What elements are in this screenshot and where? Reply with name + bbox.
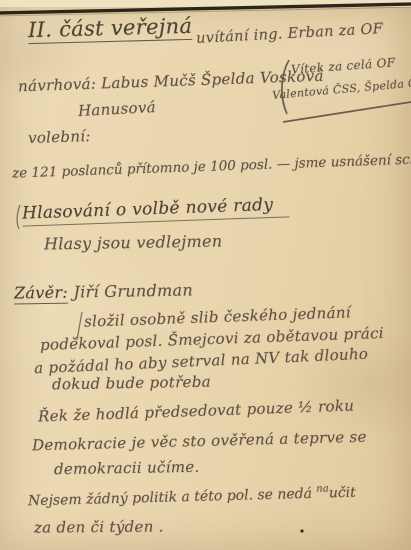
paper-top-edge-strip	[0, 0, 411, 7]
section-title-line: II. část veřejná	[28, 14, 193, 42]
ink-dot	[300, 529, 303, 532]
closing-line-6: Demokracie je věc sto ověřená a teprve s…	[32, 428, 367, 455]
section-title: II. část veřejná	[28, 14, 193, 44]
committee-member-extra: Hanusová	[78, 98, 157, 120]
closing-line-8: Nejsem žádný politik a této pol. se nedá…	[28, 485, 356, 510]
voting-subline: Hlasy jsou vedlejmen	[44, 231, 223, 253]
scanned-notes-page: II. část veřejná uvítání ing. Erban za O…	[0, 0, 411, 550]
closing-line-9: za den či týden .	[34, 517, 164, 536]
closing-line-8-pre: Nejsem žádný politik a této pol. se nedá	[28, 486, 317, 510]
closing-line-7: demokracii učíme.	[54, 458, 200, 479]
zaver-speaker: Jiří Grundman	[68, 280, 193, 301]
closing-line-8-post: učit	[329, 485, 356, 502]
quorum-line: ze 121 poslanců přítomno je 100 posl. — …	[12, 150, 411, 181]
voting-heading-line: Hlasování o volbě nové rady	[22, 194, 290, 223]
closing-line-5: Řek že hodlá předsedovat pouze ½ roku	[38, 396, 355, 425]
zaver-label: Závěr:	[14, 283, 68, 305]
voting-heading: Hlasování o volbě nové rady	[22, 194, 290, 226]
margin-note-line-1: Vítek za celá OF	[291, 55, 396, 76]
inserted-word-above-line: na	[316, 483, 329, 494]
title-annotation: uvítání ing. Erban za OF	[196, 21, 384, 47]
volebni-label: volební:	[28, 127, 91, 147]
closing-line-4: dokud bude potřeba	[52, 373, 211, 394]
closing-heading-line: Závěr: Jiří Grundman	[14, 280, 193, 302]
